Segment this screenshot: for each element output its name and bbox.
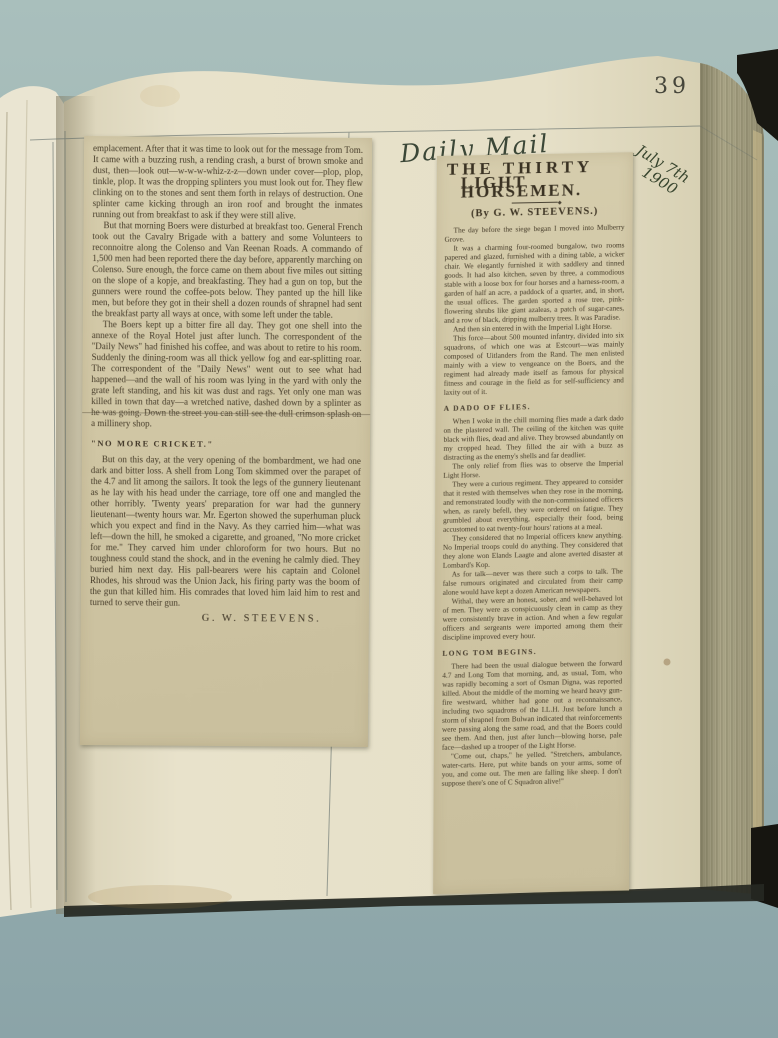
byline: (By G. W. STEEVENS.) [445, 206, 625, 218]
headline-line2: LIGHT HORSEMEN. [461, 175, 625, 196]
clipping-paragraph: As for talk—never was there such a corps… [443, 567, 623, 597]
section-heading-no-more-cricket: "NO MORE CRICKET." [91, 438, 361, 451]
clipping-paragraph: When I woke in the chill morning flies m… [443, 413, 623, 461]
headline-line1: THE THIRTY [447, 161, 625, 173]
newspaper-clipping-left: emplacement. After that it was time to l… [80, 136, 372, 747]
left-page-edge [0, 86, 64, 917]
page-number: 39 [654, 74, 690, 99]
headline-divider [512, 202, 558, 204]
section-heading-long-tom-begins: LONG TOM BEGINS. [442, 646, 622, 658]
clipping-paragraph: But on this day, at the very opening of … [90, 454, 361, 610]
clipping-paragraph: They considered that no Imperial officer… [443, 530, 623, 569]
section-heading-dado-of-flies: A DADO OF FLIES. [444, 400, 624, 412]
clipping-paragraph: But that morning Boers were disturbed at… [92, 220, 363, 321]
clipping-paragraph: They were a curious regiment. They appea… [443, 476, 623, 533]
clipping-paragraph: There had been the usual dialogue betwee… [442, 659, 622, 752]
clipping-paragraph: This force—about 500 mounted infantry, d… [444, 330, 624, 396]
clipping-paragraph: Withal, they were an honest, sober, and … [442, 594, 622, 642]
author-signature: G. W. STEEVENS. [202, 613, 360, 625]
clipping-paragraph: "Come out, chaps," he yelled. "Stretcher… [442, 749, 622, 788]
scrapbook-photo: 39 Daily Mail July 7th 1900 emplacement.… [0, 0, 778, 1038]
newspaper-clipping-right: THE THIRTY LIGHT HORSEMEN. (By G. W. STE… [433, 152, 633, 894]
clipping-paragraph: It was a charming four-roomed bungalow, … [444, 240, 624, 324]
clipping-paragraph: emplacement. After that it was time to l… [93, 143, 364, 222]
